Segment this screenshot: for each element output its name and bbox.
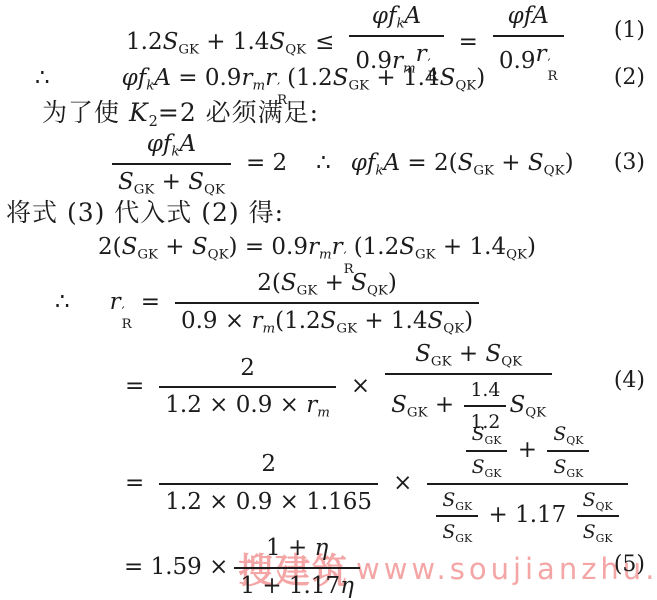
variable: S bbox=[163, 29, 179, 55]
subscript-2: 2 bbox=[149, 114, 158, 130]
equation-2: ∴φfkA = 0.9rmr′R(1.2SGK + 1.4SQK)(2) bbox=[0, 60, 657, 96]
equation-number: (1) bbox=[614, 2, 645, 60]
equation-number: (4) bbox=[614, 340, 645, 422]
equation-4-line-2: =21.2 × 0.9 × rm×SGK + SQKSGK + 1.41.2SQ… bbox=[0, 340, 657, 422]
math-token: ) bbox=[476, 65, 485, 91]
var-s-gk: SGK bbox=[122, 234, 158, 260]
var-r-m: rm bbox=[308, 234, 332, 260]
math-token: + bbox=[428, 391, 462, 421]
var-r-prime-r: r′R bbox=[265, 65, 287, 91]
math-token: 1.2 bbox=[126, 29, 163, 55]
var-s-qk: SQK bbox=[583, 488, 613, 513]
equation-3: φfkASGK + SQK= 2∴φfkA = 2(SGK + SQK)(3) bbox=[0, 130, 657, 196]
equals-symbol: = bbox=[459, 29, 478, 55]
math-token: (1.2 bbox=[275, 307, 321, 337]
var-s-gk: SGK bbox=[391, 391, 427, 421]
variable: S bbox=[440, 65, 456, 91]
subscript-gk: GK bbox=[348, 79, 369, 94]
variable: r bbox=[241, 65, 252, 91]
fraction-numerator: SGKSGK + SQKSGK bbox=[427, 422, 627, 485]
math-token: + 1.4 bbox=[199, 29, 269, 55]
fraction-denominator: 1 + 1.17η bbox=[234, 569, 360, 600]
variable: φf bbox=[351, 150, 376, 176]
fraction: SGK + SQKSGK + 1.41.2SQK bbox=[385, 340, 552, 435]
math-token: = 2( bbox=[400, 150, 458, 176]
fraction-numerator: 2 bbox=[159, 450, 378, 485]
equals-symbol: = bbox=[125, 470, 144, 496]
subscript-gk: GK bbox=[178, 43, 199, 58]
subscript-m: m bbox=[252, 79, 265, 94]
var-phi-fk-a: φfkA bbox=[351, 150, 400, 176]
var-s-qk: SQK bbox=[509, 391, 546, 421]
equation-5: = 1.59 ×1 + η1 + 1.17η(5) bbox=[0, 534, 657, 596]
var-phi-fk-a: φfkA bbox=[372, 2, 421, 32]
var-phi-fk-a: φfkA bbox=[147, 130, 196, 160]
therefore-symbol: ∴ bbox=[55, 289, 70, 315]
math-token: = 1.59 × bbox=[124, 554, 228, 580]
equation-4-line-3: =21.2 × 0.9 × 1.165×SGKSGK + SQKSGKSGKSG… bbox=[0, 422, 657, 534]
var-s-gk: SGK bbox=[281, 269, 317, 299]
variable: S bbox=[509, 392, 525, 418]
subscript-qk: QK bbox=[544, 164, 565, 179]
variable: K bbox=[129, 98, 149, 127]
subscript-gk: GK bbox=[297, 284, 318, 299]
subscript-gk: GK bbox=[336, 322, 357, 337]
variable: S bbox=[188, 169, 204, 195]
math-token: + 1.17 bbox=[481, 501, 573, 531]
subscript-k: k bbox=[396, 17, 404, 32]
fraction-numerator: SQK bbox=[547, 422, 589, 452]
subscript-gk: GK bbox=[473, 164, 494, 179]
document-content: 1.2SGK + 1.4SQK≤φfkA0.9rmr′R=φfA0.9r′R(1… bbox=[0, 2, 657, 596]
math-token: + 1.4 bbox=[436, 234, 506, 260]
fraction: 2(SGK + SQK)0.9 × rm(1.2SGK + 1.4SQK) bbox=[175, 269, 479, 337]
math-token: + bbox=[452, 340, 486, 370]
var-phi-fk-a: φfkA bbox=[122, 65, 171, 91]
subscript-qk: QK bbox=[367, 284, 388, 299]
var-s-qk: SQK bbox=[428, 307, 465, 337]
subscript-m: m bbox=[317, 406, 330, 421]
var-r-prime-r: r′R bbox=[332, 234, 354, 260]
fraction-denominator: 1.2 × 0.9 × 1.165 bbox=[159, 485, 378, 518]
math-token: 1.2 × 0.9 × 1.165 bbox=[165, 488, 372, 518]
var-s-qk: SQK bbox=[440, 65, 477, 91]
variable: S bbox=[485, 341, 501, 367]
subscript-gk: GK bbox=[566, 467, 583, 480]
fraction-numerator: φfkA bbox=[349, 2, 443, 37]
subscript-m: m bbox=[319, 248, 332, 263]
math-token: 1 + 1.17 bbox=[240, 572, 340, 600]
fraction-numerator: SGK + SQK bbox=[385, 340, 552, 375]
variable: S bbox=[321, 308, 337, 334]
variable: A bbox=[405, 3, 422, 29]
fraction-denominator: SGK bbox=[466, 452, 508, 480]
var-s-qk: SQK bbox=[351, 269, 388, 299]
math-token: = 2 bbox=[246, 150, 287, 176]
var-s-qk: SQK bbox=[485, 340, 522, 370]
subscript-m: m bbox=[262, 322, 275, 337]
math-token: 0.9 × bbox=[181, 307, 251, 337]
subscript-qk: QK bbox=[566, 434, 583, 447]
math-token: ) bbox=[565, 150, 574, 176]
subscript-qk: QK bbox=[208, 248, 229, 263]
variable: φf bbox=[147, 131, 172, 157]
equation-1: 1.2SGK + 1.4SQK≤φfkA0.9rmr′R=φfA0.9r′R(1… bbox=[0, 2, 657, 60]
fraction: SGKSGK + SQKSGKSGKSGK + 1.17 SQKSGK bbox=[427, 422, 627, 545]
fraction: SGKSGK bbox=[466, 422, 508, 480]
variable-eta: η bbox=[340, 572, 354, 600]
subscript-gk: GK bbox=[485, 467, 502, 480]
variable: S bbox=[269, 29, 285, 55]
var-r-m: rm bbox=[251, 307, 275, 337]
var-s-gk: SGK bbox=[472, 455, 502, 480]
variable: S bbox=[399, 234, 415, 260]
variable: S bbox=[442, 489, 455, 511]
math-token: 1.4 bbox=[470, 378, 500, 403]
equation-number: (2) bbox=[614, 60, 645, 96]
variable: r bbox=[332, 234, 343, 260]
variable: A bbox=[180, 131, 197, 157]
variable: S bbox=[472, 456, 485, 478]
leq-symbol: ≤ bbox=[315, 29, 334, 55]
math-token: 1.2 × 0.9 × bbox=[165, 391, 306, 421]
var-r-m: rm bbox=[241, 65, 265, 91]
equation-number: (5) bbox=[614, 534, 645, 596]
subscript-gk: GK bbox=[415, 248, 436, 263]
var-s-qk: SQK bbox=[269, 29, 306, 55]
math-token: (1.2 bbox=[354, 234, 400, 260]
times-symbol: × bbox=[393, 470, 412, 496]
fraction-denominator: 1.2 × 0.9 × rm bbox=[159, 388, 336, 421]
variable: S bbox=[458, 150, 474, 176]
var-s-qk: SQK bbox=[188, 168, 225, 198]
subscript-k: k bbox=[375, 164, 383, 179]
var-s-qk: SQK bbox=[192, 234, 229, 260]
text-segment: 将式 (3) 代入式 (2) 得: bbox=[6, 198, 284, 227]
variable: S bbox=[415, 341, 431, 367]
fraction-numerator: 1 + η bbox=[234, 534, 360, 569]
equals-symbol: = bbox=[141, 289, 160, 315]
var-s-qk: SQK bbox=[553, 422, 583, 447]
math-token: = 0.9 bbox=[171, 65, 241, 91]
equals-symbol: = bbox=[125, 373, 144, 399]
fraction: 21.2 × 0.9 × rm bbox=[159, 354, 336, 422]
subscript-gk: GK bbox=[485, 434, 502, 447]
equation-4-line-1: ∴r′R=2(SGK + SQK)0.9 × rm(1.2SGK + 1.4SQ… bbox=[0, 264, 657, 340]
math-token: 2( bbox=[257, 269, 281, 299]
var-s-gk: SGK bbox=[472, 422, 502, 447]
variable: S bbox=[553, 456, 566, 478]
math-token: 2 bbox=[261, 450, 276, 480]
therefore-symbol: ∴ bbox=[316, 150, 331, 176]
subscript-qk: QK bbox=[285, 43, 306, 58]
math-token: 2 bbox=[240, 354, 255, 384]
fraction: 1 + η1 + 1.17η bbox=[234, 534, 360, 600]
math-token: + bbox=[317, 269, 351, 299]
math-token: ) bbox=[388, 269, 397, 299]
var-s-qk: SQK bbox=[528, 150, 565, 176]
scan-page: 搜建筑 www.soujianzhu.cn 1.2SGK + 1.4SQK≤φf… bbox=[0, 0, 657, 600]
fraction-numerator: 2(SGK + SQK) bbox=[175, 269, 479, 304]
subscript-qk: QK bbox=[443, 322, 464, 337]
fraction: 21.2 × 0.9 × 1.165 bbox=[159, 450, 378, 518]
fraction-numerator: SGK bbox=[466, 422, 508, 452]
variable: A bbox=[154, 65, 171, 91]
subscript-k: k bbox=[171, 145, 179, 160]
var-r-m: rm bbox=[306, 391, 330, 421]
fraction-denominator: SGK bbox=[547, 452, 589, 480]
variable: S bbox=[472, 423, 485, 445]
variable: r bbox=[251, 308, 262, 334]
subscript-qk: QK bbox=[596, 499, 613, 512]
subscript-gk: GK bbox=[407, 406, 428, 421]
math-token: + 1.4 bbox=[369, 65, 439, 91]
math-token: 1 + bbox=[266, 534, 315, 564]
variable: S bbox=[583, 489, 596, 511]
fraction-numerator: φfA bbox=[493, 2, 564, 37]
variable: r bbox=[306, 392, 317, 418]
fraction-numerator: SQK bbox=[577, 488, 619, 518]
variable: S bbox=[281, 270, 297, 296]
variable: φfA bbox=[508, 2, 549, 32]
var-s-gk: SGK bbox=[321, 307, 357, 337]
variable: S bbox=[553, 423, 566, 445]
subscript-gk: GK bbox=[137, 248, 158, 263]
prime-subscript-stack: ′R bbox=[122, 307, 132, 332]
math-token: + 1.4 bbox=[357, 307, 427, 337]
fraction-numerator: 1.4 bbox=[464, 378, 506, 408]
variable: φf bbox=[372, 3, 397, 29]
subscript-r: R bbox=[122, 319, 132, 332]
var-s-gk: SGK bbox=[442, 488, 472, 513]
fraction-denominator: 0.9 × rm(1.2SGK + 1.4SQK) bbox=[175, 304, 479, 337]
variable-eta: η bbox=[315, 534, 329, 564]
var-s-gk: SGK bbox=[553, 455, 583, 480]
fraction: φfkASGK + SQK bbox=[112, 130, 231, 198]
var-s-gk: SGK bbox=[399, 234, 435, 260]
variable: r bbox=[308, 234, 319, 260]
var-s-gk: SGK bbox=[415, 340, 451, 370]
subscript-qk: QK bbox=[455, 79, 476, 94]
subscript-qk: QK bbox=[501, 355, 522, 370]
var-k2: K2 bbox=[129, 98, 158, 127]
math-token: + bbox=[154, 168, 188, 198]
variable: S bbox=[122, 234, 138, 260]
var-s-gk: SGK bbox=[118, 168, 154, 198]
therefore-symbol: ∴ bbox=[35, 65, 50, 91]
text-line-substitution: 将式 (3) 代入式 (2) 得: bbox=[0, 196, 657, 230]
text-segment: =2 必须满足: bbox=[158, 98, 319, 127]
text-line-condition: 为了使 K2=2 必须满足: bbox=[0, 96, 657, 130]
math-token: (1.2 bbox=[287, 65, 333, 91]
math-token: ) bbox=[527, 234, 536, 260]
fraction: SQKSGK bbox=[547, 422, 589, 480]
variable: S bbox=[118, 169, 134, 195]
math-token: ) bbox=[464, 307, 473, 337]
variable: S bbox=[333, 65, 349, 91]
variable: S bbox=[192, 234, 208, 260]
fraction-numerator: 2 bbox=[159, 354, 336, 389]
variable: S bbox=[428, 308, 444, 334]
equation-unnumbered: 2(SGK + SQK) = 0.9rmr′R(1.2SGK + 1.4QK) bbox=[0, 230, 657, 264]
subscript-gk: GK bbox=[431, 355, 452, 370]
var-s-gk: SGK bbox=[163, 29, 199, 55]
fraction-numerator: φfkA bbox=[112, 130, 231, 165]
variable: r bbox=[265, 65, 276, 91]
variable: A bbox=[384, 150, 401, 176]
times-symbol: × bbox=[351, 373, 370, 399]
math-token: + bbox=[158, 234, 192, 260]
fraction-denominator: SGK + SQK bbox=[112, 165, 231, 198]
math-token: ) = 0.9 bbox=[229, 234, 308, 260]
subscript-qk: QK bbox=[506, 248, 527, 263]
variable: φf bbox=[122, 65, 147, 91]
text-segment: 为了使 bbox=[42, 98, 129, 127]
fraction-numerator: SGK bbox=[436, 488, 478, 518]
variable: S bbox=[391, 392, 407, 418]
var-s-gk: SGK bbox=[458, 150, 494, 176]
var-r-prime-r: r′R bbox=[110, 289, 132, 315]
variable: S bbox=[351, 270, 367, 296]
math-token: 2( bbox=[98, 234, 122, 260]
math-token: + bbox=[510, 436, 544, 466]
math-token: + bbox=[494, 150, 528, 176]
variable: r bbox=[110, 289, 121, 315]
var-s-gk: SGK bbox=[333, 65, 369, 91]
variable: S bbox=[528, 150, 544, 176]
subscript-qk: QK bbox=[525, 406, 546, 421]
equation-number: (3) bbox=[614, 130, 645, 196]
subscript-gk: GK bbox=[455, 499, 472, 512]
